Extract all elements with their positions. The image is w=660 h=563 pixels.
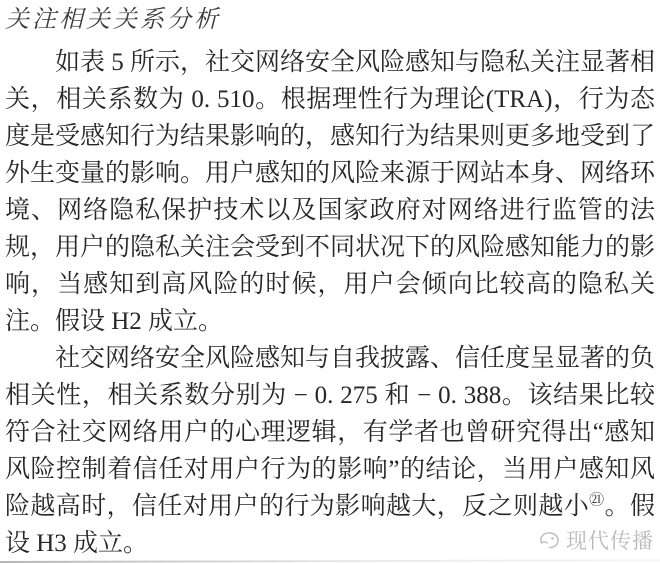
footnote-ref-21: ㉑	[589, 493, 604, 509]
scanned-paper-page: 关注相关关系分析 如表 5 所示，社交网络安全风险感知与隐私关注显著相关，相关系…	[0, 0, 660, 563]
journal-watermark-text: 现代传播	[566, 525, 654, 555]
journal-swirl-logo-icon	[537, 528, 561, 552]
section-heading: 关注相关关系分析	[5, 3, 655, 37]
paragraph-2-text: 社交网络安全风险感知与自我披露、信任度呈显著的负相关性，相关系数分别为 − 0.…	[5, 345, 655, 520]
journal-watermark: 现代传播	[537, 525, 654, 555]
scan-edge-artifact	[0, 559, 660, 563]
paragraph-correlation-privacy: 如表 5 所示，社交网络安全风险感知与隐私关注显著相关，相关系数为 0. 510…	[5, 44, 655, 340]
